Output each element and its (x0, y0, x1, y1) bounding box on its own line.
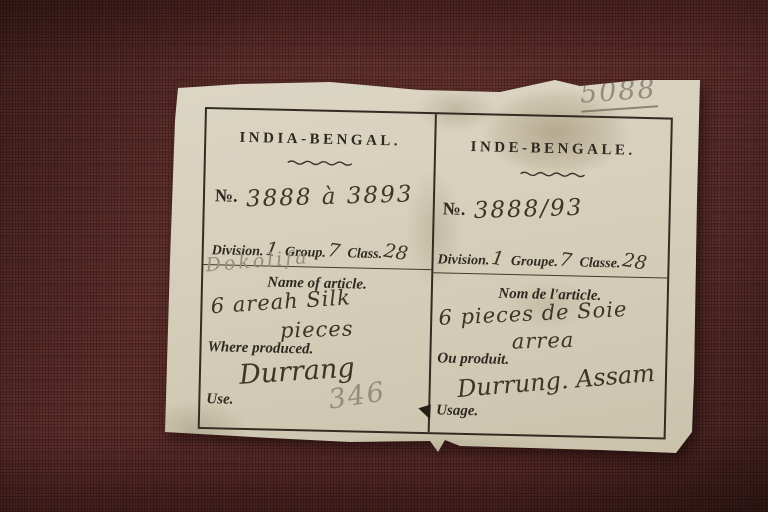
number-line-english: №. 3888 à 3893 (215, 181, 414, 211)
division-label-french: Division. (437, 252, 489, 268)
use-label-english: Use. (206, 391, 233, 409)
wavy-rule-icon (287, 159, 353, 167)
group-value-french: 7 (558, 248, 573, 272)
division-value-french: 1 (490, 247, 505, 271)
title-english: INDIA-BENGAL. (206, 129, 434, 151)
number-value-english: 3888 à 3893 (245, 181, 413, 212)
label-column-english: INDIA-BENGAL. №. 3888 à 3893 Division.1 … (200, 109, 435, 432)
classification-row-french: Division.1 Groupe.7 Classe.28 (437, 246, 650, 273)
paper-label-wrapper: 5088 INDIA-BENGAL. №. 3888 à 3893 Divisi… (156, 70, 708, 465)
class-value-french: 28 (621, 249, 648, 275)
horizontal-rule-french (433, 272, 667, 278)
article-value-english-line2: pieces (280, 317, 354, 343)
number-prefix-french: №. (443, 198, 466, 219)
group-label-french: Groupe. (511, 254, 558, 270)
wavy-rule-icon (519, 170, 585, 178)
produced-label-french: Ou produit. (437, 350, 509, 369)
class-label-english: Class. (347, 246, 382, 262)
label-border-box: INDIA-BENGAL. №. 3888 à 3893 Division.1 … (198, 107, 673, 440)
pencil-number-top: 5088 (579, 73, 658, 112)
article-value-french-line2: arrea (511, 328, 574, 354)
number-value-french: 3888/93 (473, 195, 583, 224)
photo-scene: 5088 INDIA-BENGAL. №. 3888 à 3893 Divisi… (0, 0, 768, 512)
paper-label: 5088 INDIA-BENGAL. №. 3888 à 3893 Divisi… (156, 70, 708, 465)
label-column-french: INDE-BENGALE. №. 3888/93 Division.1 Grou… (430, 114, 671, 437)
class-label-french: Classe. (579, 256, 620, 272)
class-value-english: 28 (383, 240, 410, 266)
title-french: INDE-BENGALE. (436, 138, 670, 160)
number-line-french: №. 3888/93 (442, 194, 583, 223)
group-value-english: 7 (326, 239, 341, 263)
number-prefix-english: №. (215, 185, 238, 206)
use-label-french: Usage. (436, 402, 478, 420)
